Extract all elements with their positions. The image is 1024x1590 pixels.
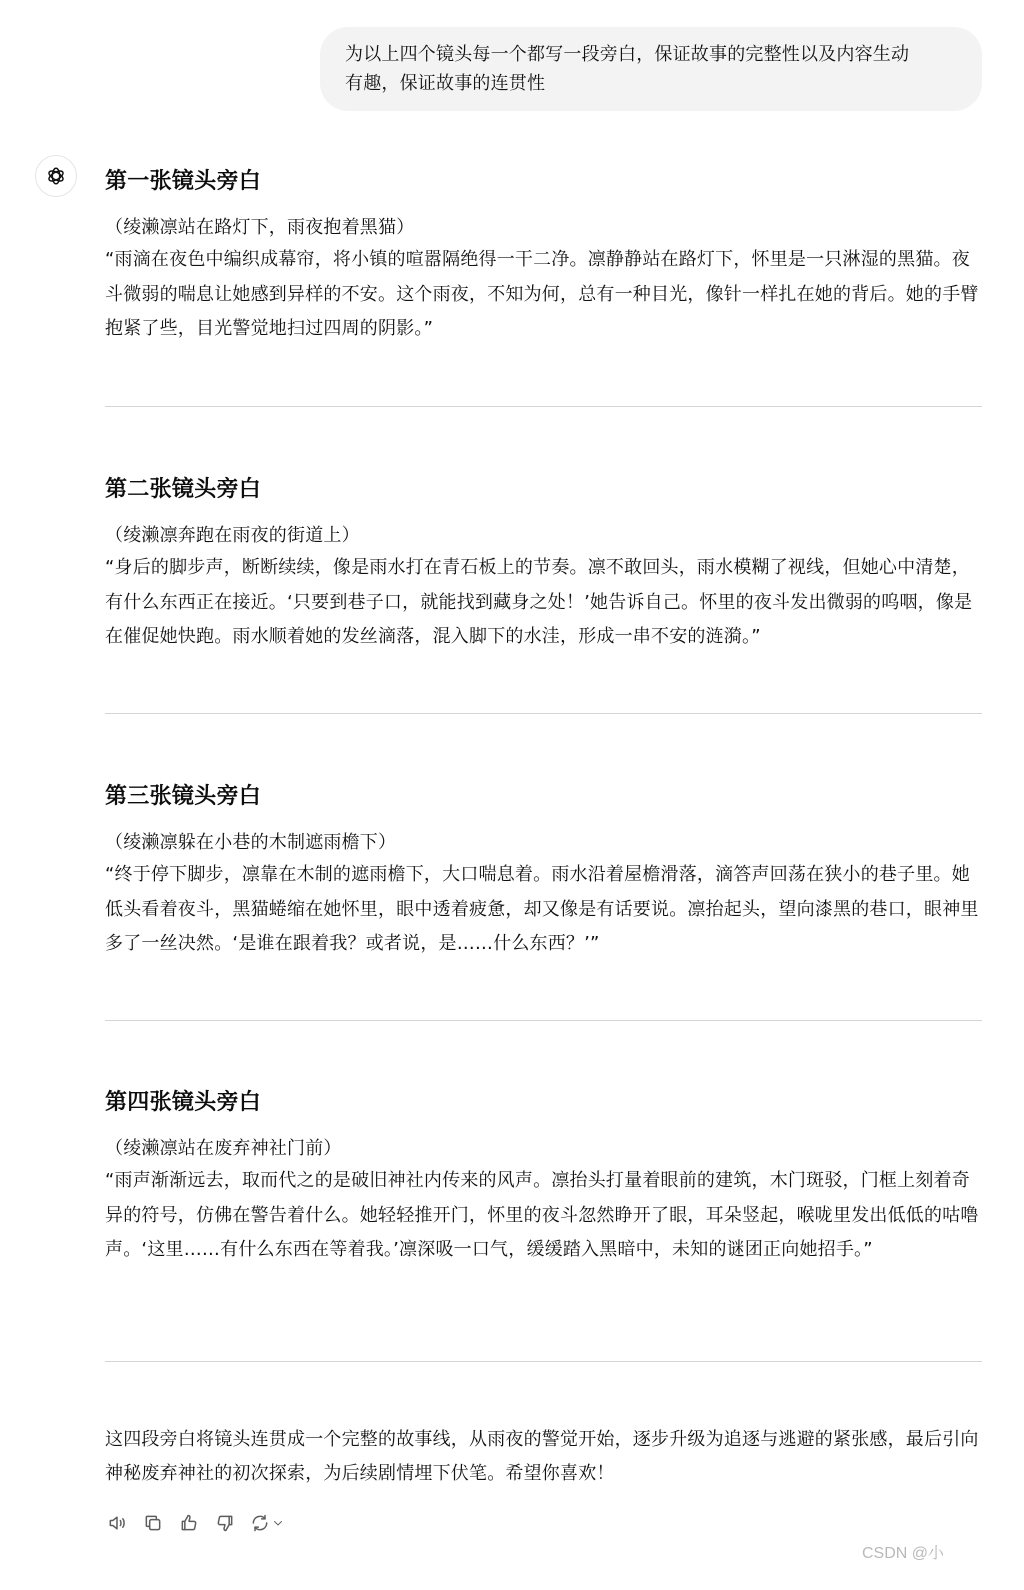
summary-paragraph: 这四段旁白将镜头连贯成一个完整的故事线，从雨夜的警觉开始，逐步升级为追逐与逃避的… [105,1423,985,1491]
section-divider [105,1020,982,1021]
copy-icon [143,1513,163,1533]
user-message-line2: 有趣，保证故事的连贯性 [345,69,962,98]
section-3-scene: （绫濑凛躲在小巷的木制遮雨檐下） [105,828,396,854]
thumbs-up-button[interactable] [178,1512,200,1534]
regenerate-button[interactable] [250,1512,284,1534]
section-divider [105,1361,982,1362]
section-divider [105,713,982,714]
message-actions [106,1512,284,1534]
openai-logo-icon [45,165,67,187]
section-4-narration: “雨声渐渐远去，取而代之的是破旧神社内传来的风声。凛抬头打量着眼前的建筑，木门斑… [105,1164,985,1268]
copy-button[interactable] [142,1512,164,1534]
section-2-narration: “身后的脚步声，断断续续，像是雨水打在青石板上的节奏。凛不敢回头，雨水模糊了视线… [105,551,985,655]
user-message-line1: 为以上四个镜头每一个都写一段旁白，保证故事的完整性以及内容生动 [345,40,962,69]
watermark: CSDN @小 [862,1540,944,1563]
section-1-narration: “雨滴在夜色中编织成幕帘，将小镇的喧嚣隔绝得一干二净。凛静静站在路灯下，怀里是一… [105,243,985,347]
thumbs-down-button[interactable] [214,1512,236,1534]
speaker-icon [107,1513,127,1533]
section-4-title: 第四张镜头旁白 [105,1085,261,1116]
section-2-title: 第二张镜头旁白 [105,472,261,503]
thumbs-up-icon [179,1513,199,1533]
user-message-bubble: 为以上四个镜头每一个都写一段旁白，保证故事的完整性以及内容生动 有趣，保证故事的… [320,27,982,111]
read-aloud-button[interactable] [106,1512,128,1534]
section-1-scene: （绫濑凛站在路灯下，雨夜抱着黑猫） [105,213,414,239]
section-1-title: 第一张镜头旁白 [105,164,261,195]
thumbs-down-icon [215,1513,235,1533]
section-divider [105,406,982,407]
assistant-avatar [35,155,77,197]
chevron-down-icon [272,1517,284,1529]
section-3-title: 第三张镜头旁白 [105,779,261,810]
section-4-scene: （绫濑凛站在废弃神社门前） [105,1134,342,1160]
section-3-narration: “终于停下脚步，凛靠在木制的遮雨檐下，大口喘息着。雨水沿着屋檐滑落，滴答声回荡在… [105,858,985,962]
regenerate-icon [250,1513,270,1533]
section-2-scene: （绫濑凛奔跑在雨夜的街道上） [105,521,360,547]
